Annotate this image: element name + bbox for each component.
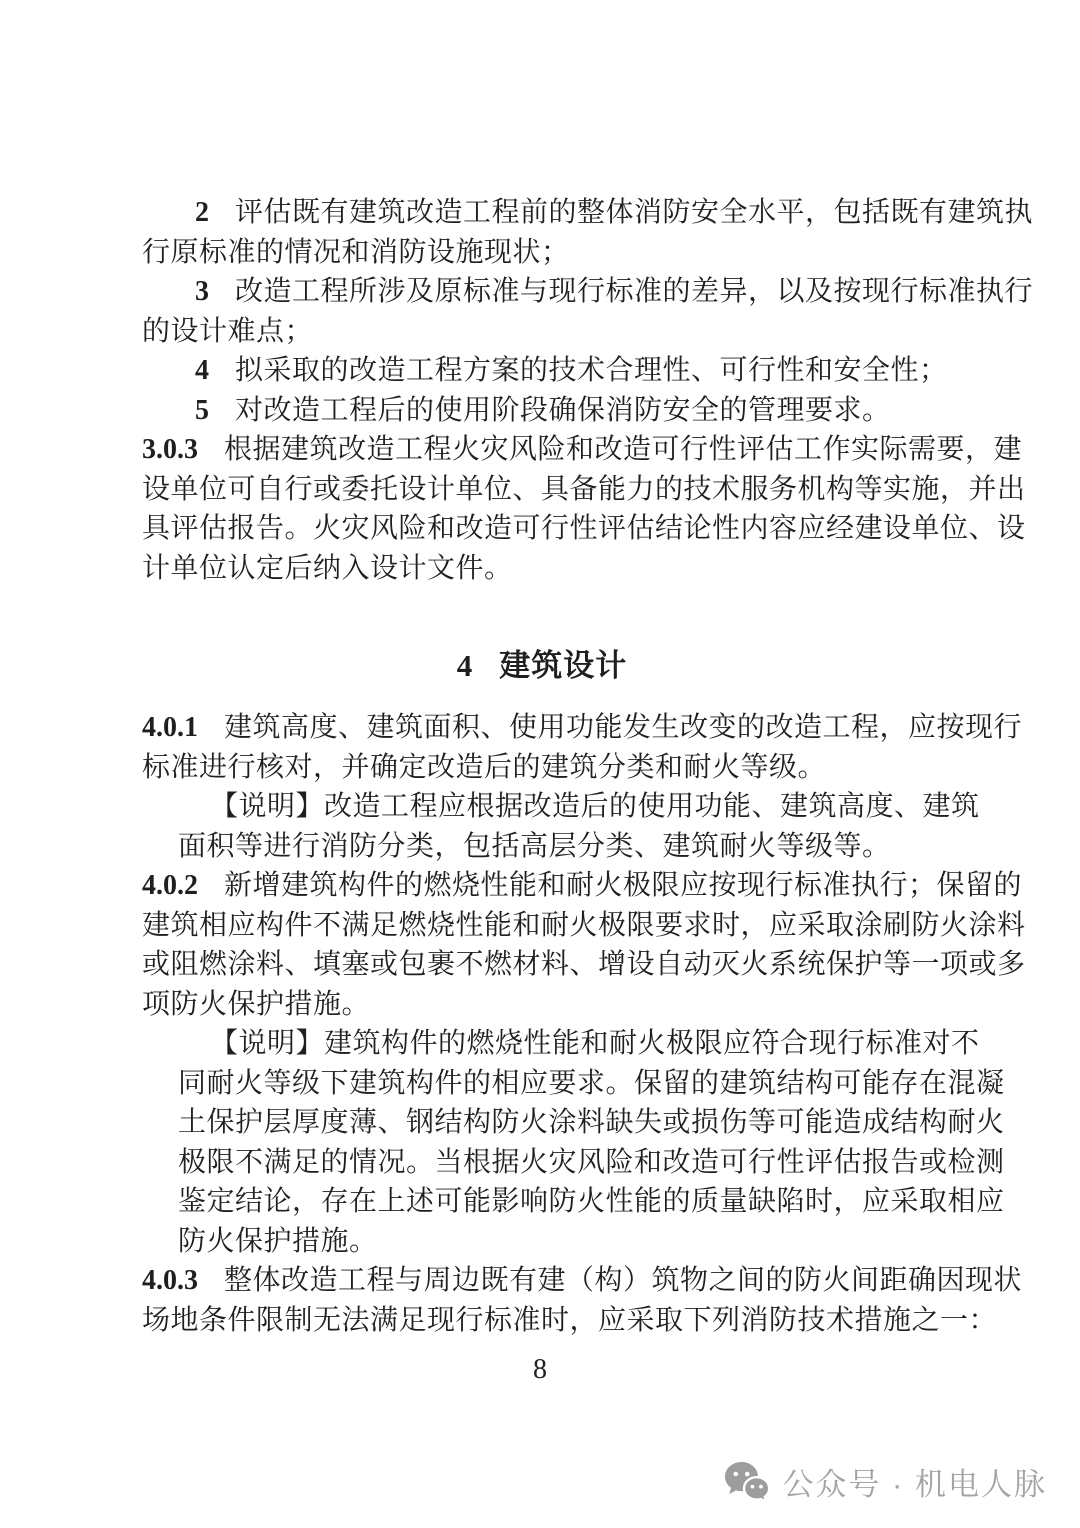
text-line: 的设计难点； — [142, 312, 942, 352]
line-text: 面积等进行消防分类，包括高层分类、建筑耐火等级等。 — [178, 831, 891, 862]
text-line: 设单位可自行或委托设计单位、具备能力的技术服务机构等实施，并出 — [142, 470, 942, 510]
text-line: 【说明】改造工程应根据改造后的使用功能、建筑高度、建筑 — [142, 787, 942, 827]
line-text: 防火保护措施。 — [178, 1226, 378, 1257]
list-item-number: 2 — [195, 197, 209, 228]
text-line: 场地条件限制无法满足现行标准时，应采取下列消防技术措施之一： — [142, 1301, 942, 1341]
text-line: 4.0.3整体改造工程与周边既有建（构）筑物之间的防火间距确因现状 — [142, 1261, 942, 1301]
document-body: 2评估既有建筑改造工程前的整体消防安全水平，包括既有建筑执行原标准的情况和消防设… — [142, 193, 942, 1340]
clause-number: 4.0.3 — [142, 1265, 198, 1296]
text-line: 2评估既有建筑改造工程前的整体消防安全水平，包括既有建筑执 — [142, 193, 942, 233]
line-text: 建筑高度、建筑面积、使用功能发生改变的改造工程，应按现行 — [224, 712, 1022, 743]
line-text: 根据建筑改造工程火灾风险和改造可行性评估工作实际需要，建 — [224, 434, 1022, 465]
clause-number: 4.0.1 — [142, 712, 198, 743]
line-text: 标准进行核对，并确定改造后的建筑分类和耐火等级。 — [142, 752, 826, 783]
list-item-number: 4 — [195, 355, 209, 386]
line-text: 新增建筑构件的燃烧性能和耐火极限应按现行标准执行；保留的 — [224, 870, 1022, 901]
watermark: 公众号 · 机电人脉 — [724, 1459, 1047, 1504]
text-line: 鉴定结论，存在上述可能影响防火性能的质量缺陷时，应采取相应 — [142, 1182, 942, 1222]
text-line: 防火保护措施。 — [142, 1222, 942, 1262]
text-line: 项防火保护措施。 — [142, 985, 942, 1025]
line-text: 行原标准的情况和消防设施现状； — [142, 237, 570, 268]
line-text: 或阻燃涂料、填塞或包裹不燃材料、增设自动灭火系统保护等一项或多 — [142, 949, 1026, 980]
clause-number: 4.0.2 — [142, 870, 198, 901]
line-text: 拟采取的改造工程方案的技术合理性、可行性和安全性； — [235, 355, 948, 386]
line-text: 极限不满足的情况。当根据火灾风险和改造可行性评估报告或检测 — [178, 1147, 1005, 1178]
line-text: 【说明】改造工程应根据改造后的使用功能、建筑高度、建筑 — [210, 791, 980, 822]
text-line: 或阻燃涂料、填塞或包裹不燃材料、增设自动灭火系统保护等一项或多 — [142, 945, 942, 985]
text-line: 5对改造工程后的使用阶段确保消防安全的管理要求。 — [142, 391, 942, 431]
text-line: 行原标准的情况和消防设施现状； — [142, 233, 942, 273]
line-text: 土保护层厚度薄、钢结构防火涂料缺失或损伤等可能造成结构耐火 — [178, 1107, 1005, 1138]
text-line: 具评估报告。火灾风险和改造可行性评估结论性内容应经建设单位、设 — [142, 509, 942, 549]
line-text: 鉴定结论，存在上述可能影响防火性能的质量缺陷时，应采取相应 — [178, 1186, 1005, 1217]
section-heading: 4建筑设计 — [142, 645, 942, 687]
line-text: 场地条件限制无法满足现行标准时，应采取下列消防技术措施之一： — [142, 1305, 997, 1336]
text-line: 3.0.3根据建筑改造工程火灾风险和改造可行性评估工作实际需要，建 — [142, 430, 942, 470]
line-text: 项防火保护措施。 — [142, 989, 370, 1020]
clause-number: 3.0.3 — [142, 434, 198, 465]
text-line: 4拟采取的改造工程方案的技术合理性、可行性和安全性； — [142, 351, 942, 391]
watermark-text: 公众号 · 机电人脉 — [782, 1459, 1047, 1504]
list-item-number: 5 — [195, 395, 209, 426]
document-page: 2评估既有建筑改造工程前的整体消防安全水平，包括既有建筑执行原标准的情况和消防设… — [0, 0, 1080, 1528]
text-line: 4.0.1建筑高度、建筑面积、使用功能发生改变的改造工程，应按现行 — [142, 708, 942, 748]
section-heading-text: 建筑设计 — [499, 648, 627, 683]
text-line: 同耐火等级下建筑构件的相应要求。保留的建筑结构可能存在混凝 — [142, 1064, 942, 1104]
text-line: 极限不满足的情况。当根据火灾风险和改造可行性评估报告或检测 — [142, 1143, 942, 1183]
line-text: 【说明】建筑构件的燃烧性能和耐火极限应符合现行标准对不 — [210, 1028, 980, 1059]
line-text: 设单位可自行或委托设计单位、具备能力的技术服务机构等实施，并出 — [142, 474, 1026, 505]
line-text: 评估既有建筑改造工程前的整体消防安全水平，包括既有建筑执 — [235, 197, 1033, 228]
text-line: 标准进行核对，并确定改造后的建筑分类和耐火等级。 — [142, 748, 942, 788]
line-text: 计单位认定后纳入设计文件。 — [142, 553, 513, 584]
line-text: 同耐火等级下建筑构件的相应要求。保留的建筑结构可能存在混凝 — [178, 1068, 1005, 1099]
page-number: 8 — [0, 1352, 1080, 1388]
line-text: 改造工程所涉及原标准与现行标准的差异，以及按现行标准执行 — [235, 276, 1033, 307]
text-line: 3改造工程所涉及原标准与现行标准的差异，以及按现行标准执行 — [142, 272, 942, 312]
text-line: 4.0.2新增建筑构件的燃烧性能和耐火极限应按现行标准执行；保留的 — [142, 866, 942, 906]
line-text: 建筑相应构件不满足燃烧性能和耐火极限要求时，应采取涂刷防火涂料 — [142, 910, 1026, 941]
list-item-number: 3 — [195, 276, 209, 307]
line-text: 对改造工程后的使用阶段确保消防安全的管理要求。 — [235, 395, 891, 426]
line-text: 具评估报告。火灾风险和改造可行性评估结论性内容应经建设单位、设 — [142, 513, 1026, 544]
text-line: 建筑相应构件不满足燃烧性能和耐火极限要求时，应采取涂刷防火涂料 — [142, 906, 942, 946]
text-line: 面积等进行消防分类，包括高层分类、建筑耐火等级等。 — [142, 827, 942, 867]
text-line: 【说明】建筑构件的燃烧性能和耐火极限应符合现行标准对不 — [142, 1024, 942, 1064]
wechat-icon — [724, 1461, 770, 1503]
section-heading-number: 4 — [457, 648, 474, 683]
text-line: 土保护层厚度薄、钢结构防火涂料缺失或损伤等可能造成结构耐火 — [142, 1103, 942, 1143]
line-text: 的设计难点； — [142, 316, 313, 347]
text-line: 计单位认定后纳入设计文件。 — [142, 549, 942, 589]
line-text: 整体改造工程与周边既有建（构）筑物之间的防火间距确因现状 — [224, 1265, 1022, 1296]
